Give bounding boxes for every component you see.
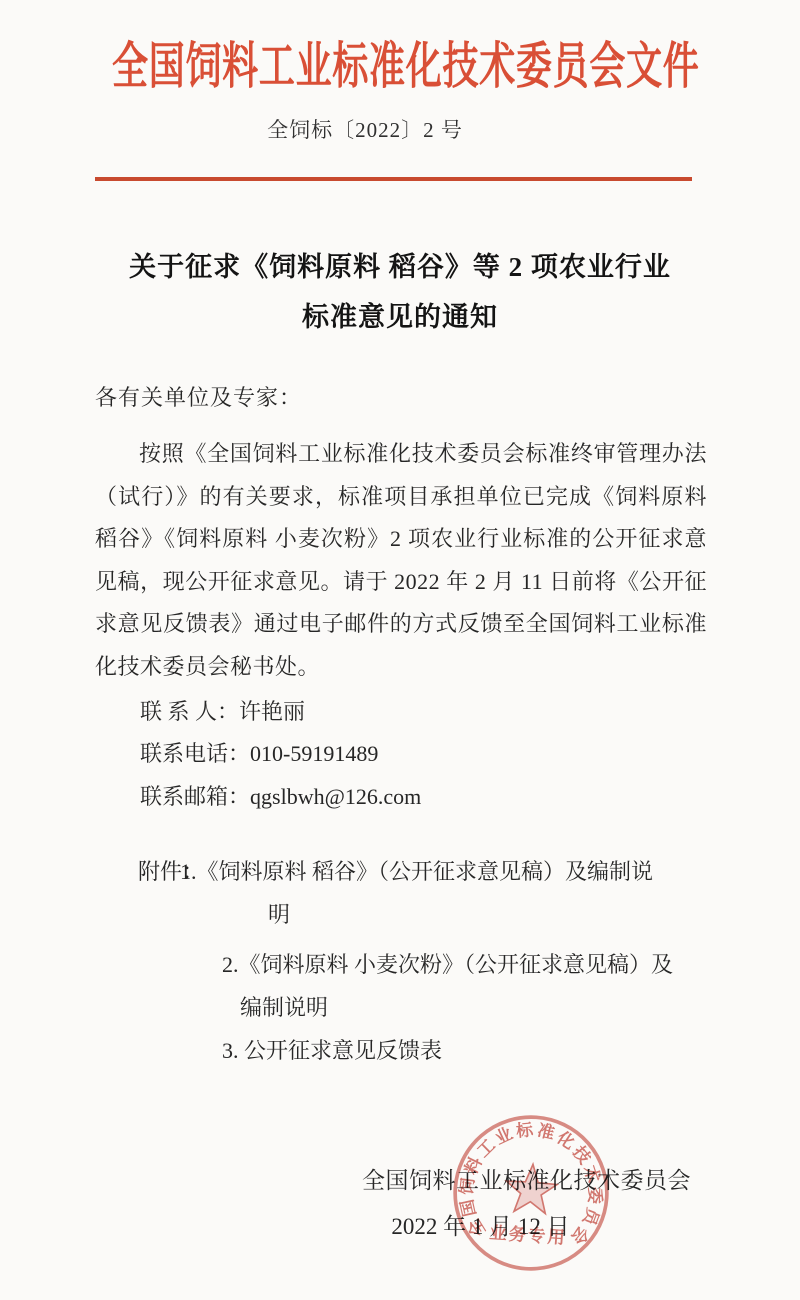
- contact-email-value: qgslbwh@126.com: [250, 784, 421, 809]
- document-title-line2: 标准意见的通知: [0, 292, 800, 342]
- contact-email-label: 联系邮箱：: [140, 784, 250, 809]
- attachment-item-3: 3. 公开征求意见反馈表: [180, 1029, 713, 1072]
- main-paragraph: 按照《全国饲料工业标准化技术委员会标准终审管理办法（试行）》的有关要求，标准项目…: [95, 433, 707, 689]
- svg-text:饲: 饲: [456, 1177, 478, 1196]
- document-number: 全饲标〔2022〕2 号: [0, 114, 765, 144]
- letterhead-org-title: 全国饲料工业标准化技术委员会文件: [112, 26, 688, 98]
- attachments-label: 附件：: [138, 850, 204, 893]
- svg-text:委: 委: [585, 1187, 605, 1204]
- attachments-section: 附件： 1.《饲料原料 稻谷》（公开征求意见稿）及编制说 明 2.《饲料原料 小…: [138, 850, 713, 1072]
- attachment-item-2: 2.《饲料原料 小麦次粉》（公开征求意见稿）及 编制说明: [180, 943, 713, 1029]
- attachments-list: 1.《饲料原料 稻谷》（公开征求意见稿）及编制说 明 2.《饲料原料 小麦次粉》…: [180, 850, 713, 1072]
- contact-phone-value: 010-59191489: [250, 741, 378, 766]
- svg-text:国: 国: [457, 1198, 479, 1219]
- official-seal: 全国饲料工业标准化技术委员会 业务专用: [443, 1105, 618, 1280]
- salutation: 各有关单位及专家：: [95, 376, 707, 419]
- seal-star-icon: [504, 1163, 558, 1215]
- svg-text:标: 标: [514, 1119, 535, 1141]
- contact-info: 联 系 人：许艳丽 联系电话：010-59191489 联系邮箱：qgslbwh…: [140, 691, 707, 819]
- document-body: 各有关单位及专家： 按照《全国饲料工业标准化技术委员会标准终审管理办法（试行）》…: [95, 376, 707, 818]
- svg-text:会: 会: [567, 1223, 593, 1249]
- contact-person-value: 许艳丽: [239, 699, 305, 724]
- document-title: 关于征求《饲料原料 稻谷》等 2 项农业行业 标准意见的通知: [0, 242, 800, 342]
- contact-phone-line: 联系电话：010-59191489: [140, 733, 707, 776]
- document-title-line1: 关于征求《饲料原料 稻谷》等 2 项农业行业: [0, 242, 800, 292]
- svg-text:准: 准: [536, 1120, 557, 1143]
- seal-bottom-text: 业务专用: [489, 1222, 568, 1247]
- contact-email-line: 联系邮箱：qgslbwh@126.com: [140, 776, 707, 819]
- document-page: 全国饲料工业标准化技术委员会文件 全饲标〔2022〕2 号 关于征求《饲料原料 …: [0, 0, 800, 1300]
- contact-person-label: 联 系 人：: [140, 699, 239, 724]
- contact-phone-label: 联系电话：: [140, 741, 250, 766]
- contact-person-line: 联 系 人：许艳丽: [140, 691, 707, 734]
- red-divider-rule: [95, 177, 692, 181]
- attachment-item-1: 1.《饲料原料 稻谷》（公开征求意见稿）及编制说 明: [180, 850, 713, 936]
